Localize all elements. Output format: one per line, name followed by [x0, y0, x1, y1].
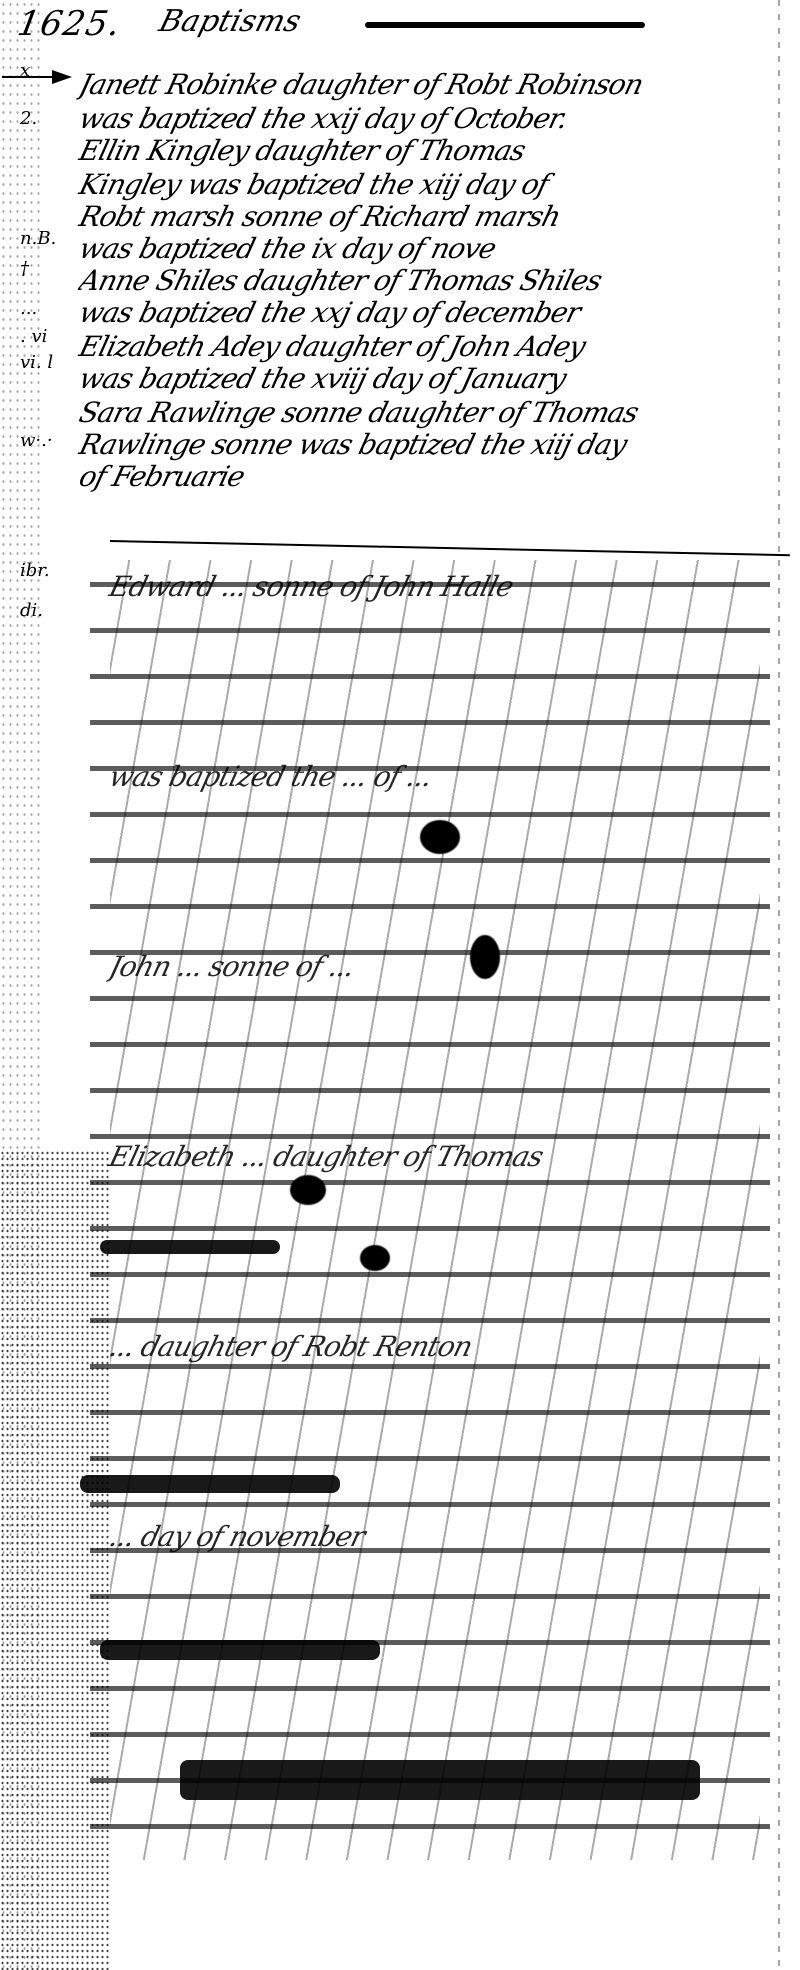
ink-smear [180, 1760, 700, 1800]
ink-blot [290, 1175, 326, 1205]
obscured-handwriting-strokes [110, 560, 760, 1860]
margin-note: vi. l [20, 352, 53, 373]
entry-line-fragment: John ... sonne of ... [106, 950, 764, 983]
page-right-margin-rule [778, 0, 780, 1970]
entry-line: of Februarie [76, 460, 764, 493]
entry-line: Anne Shiles daughter of Thomas Shiles [76, 264, 764, 297]
entry-line: Janett Robinke daughter of Robt Robinson [76, 68, 764, 101]
manuscript-page: 1625. Baptisms x2.n.B.†.... vivi. lw·.·i… [0, 0, 800, 1970]
page-header: 1625. Baptisms [10, 4, 800, 44]
margin-note: ibr. [20, 560, 50, 581]
entry-line: Robt marsh sonne of Richard marsh [76, 200, 764, 233]
entry-line-fragment: Elizabeth ... daughter of Thomas [106, 1140, 764, 1173]
ink-blot [420, 820, 460, 854]
margin-note: 2. [20, 108, 37, 129]
margin-note: x [20, 60, 30, 81]
register-heading: Baptisms [155, 4, 304, 39]
margin-note: ... [20, 298, 37, 319]
entry-line: was baptized the ix day of nove [76, 232, 764, 265]
margin-note: di. [20, 600, 43, 621]
entry-line: Ellin Kingley daughter of Thomas [76, 134, 764, 167]
arrow-pointer-icon [2, 70, 72, 84]
entry-line: Rawlinge sonne was baptized the xiij day [76, 428, 764, 461]
ink-blot [470, 935, 500, 979]
margin-note: n.B. [20, 228, 56, 249]
ink-smear [100, 1640, 380, 1660]
entry-line-fragment: ... daughter of Robt Renton [106, 1330, 764, 1363]
ink-smear [100, 1240, 280, 1254]
struck-through-text [365, 22, 645, 28]
entry-line: was baptized the xxj day of december [76, 296, 764, 329]
entry-line: was baptized the xviij day of January [76, 362, 764, 395]
entry-line-fragment: ... day of november [106, 1520, 764, 1553]
year-label: 1625. [14, 4, 123, 44]
entry-line-fragment: Edward ... sonne of John Halle [106, 570, 764, 603]
section-divider-rule [110, 540, 790, 556]
margin-note: † [20, 258, 29, 279]
entry-line: Kingley was baptized the xiij day of [76, 168, 764, 201]
ink-blot [360, 1245, 390, 1271]
entry-line: Sara Rawlinge sonne daughter of Thomas [76, 396, 764, 429]
entry-line: was baptized the xxij day of October. [76, 102, 764, 135]
entry-line-fragment: was baptized the ... of ... [106, 760, 764, 793]
margin-note: w·.· [20, 430, 53, 451]
ink-smear [80, 1475, 340, 1493]
entry-line: Elizabeth Adey daughter of John Adey [76, 330, 764, 363]
margin-note: . vi [20, 326, 47, 347]
